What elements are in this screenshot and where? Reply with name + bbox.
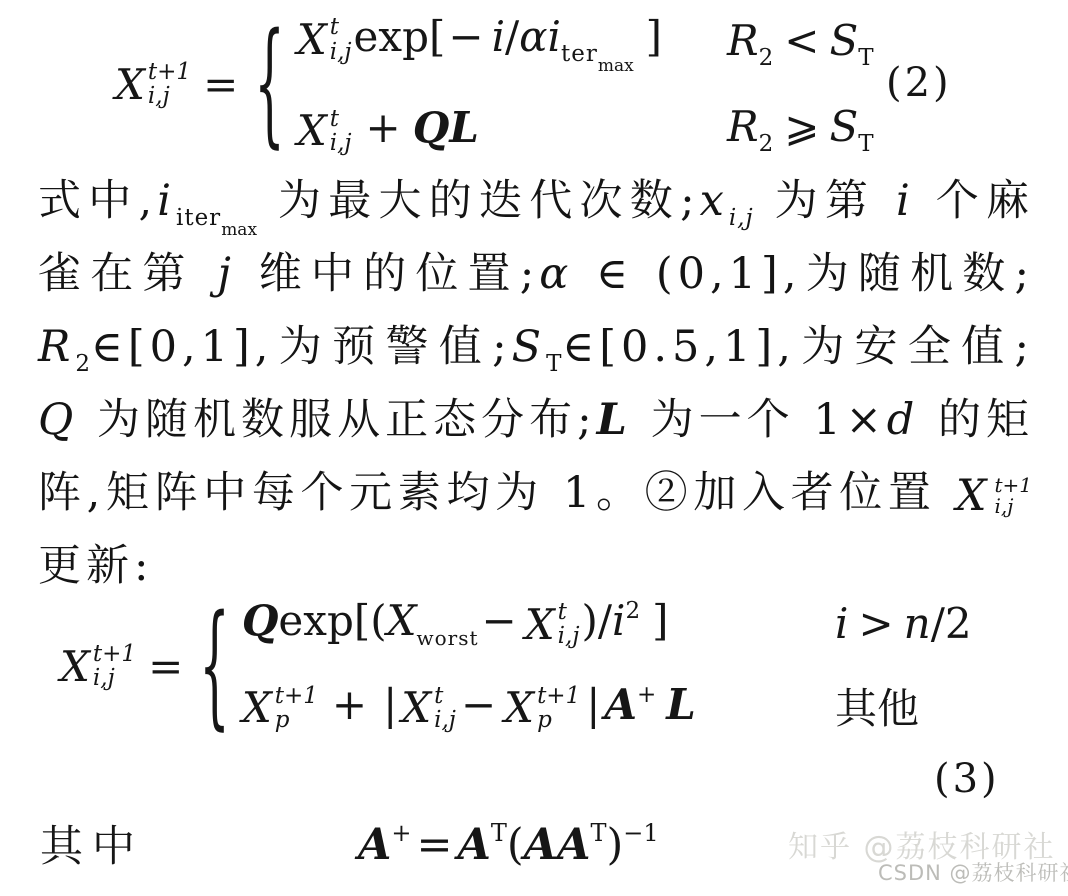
eq3-cases: Qexp[(Xworst−Xti,j)/i2] i>n/2 Xt+1p+|Xti… (242, 596, 995, 736)
eq2-r2-X-sup: t (330, 107, 352, 131)
csdn-watermark: CSDN @荔枝科研社 (878, 857, 1068, 887)
eq2-c1-R-sub: 2 (759, 45, 775, 71)
l2-text-3: ∈ (0,1],为随机数; (573, 249, 1034, 299)
eq2-case-2-condition: R2⩾ST (727, 102, 867, 157)
eq3-r2-Xp2-sub: p (537, 708, 580, 732)
eq2-r1-i2: i (548, 12, 561, 61)
l1-var-i: i (157, 176, 176, 226)
wf-inverse-sup: −1 (623, 819, 658, 847)
eq3-r2-minus: − (461, 680, 496, 729)
eq3-r1-bracket: ] (652, 596, 668, 645)
l4-var-d: d (887, 395, 920, 445)
eq2-r2-X: X (297, 106, 327, 155)
wf-A2-T-sup: T (491, 819, 507, 847)
l6-text-1: 更新: (38, 541, 154, 591)
eq3-c1-over-2: /2 (931, 599, 972, 648)
l5-var-X: X (956, 460, 992, 533)
eq2-c1-S-sub: T (858, 45, 874, 71)
eq3-r1-close-paren: )/ (581, 596, 612, 645)
eq2-r1-exp: exp[ (354, 12, 446, 61)
equation-2-number: (2) (886, 60, 952, 106)
eq2-r1-X-sup: t (330, 15, 352, 39)
eq3-c1-n: n (904, 599, 931, 648)
eq2-lhs-sup: t+1 (148, 60, 191, 84)
l2-text-1: 雀在第 (38, 249, 218, 299)
eq2-cases: Xti,jexp[−i/αitermax] R2<ST Xti,j+QL R2⩾… (297, 12, 867, 157)
eq2-case-1-expression: Xti,jexp[−i/αitermax] (297, 12, 662, 76)
eq3-case-1-expression: Qexp[(Xworst−Xti,j)/i2] (242, 596, 669, 650)
eq2-case-2: Xti,j+QL R2⩾ST (297, 102, 867, 157)
eq3-r1-exp: exp[( (278, 596, 386, 645)
eq3-lhs-var: X (60, 642, 90, 691)
eq3-r1-X: X (387, 596, 417, 645)
eq3-r1-minus: − (482, 596, 517, 645)
wf-A1: A (358, 820, 391, 870)
text-line-4: Q 为随机数服从正态分布;L 为一个 1×d 的矩 (38, 384, 1034, 457)
eq2-r2-X-sub: i,j (330, 131, 352, 155)
eq2-r2-L: L (449, 103, 479, 152)
eq3-r2-Xp2-sup: t+1 (537, 684, 580, 708)
l2-text-2: 维中的位置; (236, 249, 539, 299)
wf-A1-plus-sup: + (391, 819, 411, 847)
l3-S-subscript: T (546, 351, 562, 377)
equation-3: Xt+1i,j= { Qexp[(Xworst−Xti,j)/i2] i>n/2… (60, 592, 995, 740)
eq2-r1-max-subscript: max (598, 56, 634, 76)
eq3-lhs-sub: i,j (93, 666, 136, 690)
eq2-r1-alpha: α (519, 12, 547, 61)
eq3-r1-X2-sup: t (558, 600, 580, 624)
eq2-r2-Q: Q (413, 103, 450, 152)
eq3-r2-Xp-sub: p (275, 708, 318, 732)
eq2-c2-S: S (829, 102, 858, 151)
l5-text-1: 阵,矩阵中每个元素均为 1。②加入者位置 (38, 468, 956, 518)
eq3-r1-i-squared: 2 (625, 598, 640, 624)
eq3-r1-X2: X (525, 600, 555, 649)
text-line-5: 阵,矩阵中每个元素均为 1。②加入者位置 Xt+1i,j (38, 457, 1034, 530)
l1-iter-subscript: iter (176, 205, 221, 231)
l3-var-S: S (512, 322, 546, 372)
l2-var-j: j (218, 249, 236, 299)
eq3-r2-plus: + (332, 680, 367, 729)
l1-text-4: 个麻 (915, 176, 1034, 226)
wf-equals: = (416, 820, 452, 870)
eq2-r2-plus: + (366, 103, 401, 152)
eq2-r1-X-sub: i,j (330, 40, 352, 64)
eq2-lhs: Xt+1i,j= (115, 60, 250, 109)
eq2-r1-slash: / (505, 12, 519, 61)
eq3-case-2-expression: Xt+1p+|Xti,j−Xt+1p|A+L (242, 680, 696, 733)
wf-A4: A (557, 820, 590, 870)
eq3-lhs: Xt+1i,j= (60, 642, 195, 691)
eq2-c2-R: R (727, 102, 759, 151)
wf-A3: A (524, 820, 557, 870)
eq2-equals-sign: = (203, 60, 238, 109)
eq3-r2-abs-bar-left: | (383, 680, 397, 729)
eq3-case-1: Qexp[(Xworst−Xti,j)/i2] i>n/2 (242, 596, 995, 650)
l4-text-3: 的矩 (919, 395, 1034, 445)
eq3-case-2-condition: 其他 (835, 676, 995, 736)
eq3-r2-Xp-sup: t+1 (275, 684, 318, 708)
eq2-c1-relation: < (784, 16, 819, 65)
l1-text-3: 为第 (754, 176, 896, 226)
eq3-r1-worst-subscript: worst (417, 626, 479, 650)
l1-text-2: 为最大的迭代次数; (257, 176, 700, 226)
l3-var-R: R (38, 322, 75, 372)
eq3-r2-Xp: X (242, 683, 272, 732)
wf-A2: A (458, 820, 491, 870)
eq2-case-1-condition: R2<ST (727, 16, 867, 71)
wf-A4-T-sup: T (590, 819, 606, 847)
wf-close-paren: ) (606, 820, 623, 870)
eq3-c1-relation: > (858, 599, 893, 648)
eq2-case-2-expression: Xti,j+QL (297, 103, 479, 156)
wf-open-paren: ( (507, 820, 524, 870)
eq3-r2-A: A (604, 680, 637, 729)
eq3-r1-X2-sub: i,j (558, 624, 580, 648)
equation-3-number: (3) (934, 756, 1000, 802)
l1-text-1: 式中, (38, 176, 157, 226)
l3-text-2: ∈[0.5,1],为安全值; (562, 322, 1034, 372)
l4-text-1: 为随机数服从正态分布; (78, 395, 596, 445)
eq3-case-2: Xt+1p+|Xti,j−Xt+1p|A+L 其他 (242, 676, 995, 736)
l1-var-x: x (700, 176, 729, 226)
l5-X-sup: t+1 (994, 475, 1032, 496)
eq3-r2-L: L (666, 680, 696, 729)
l1-var-i2: i (896, 176, 915, 226)
eq2-c2-relation: ⩾ (784, 102, 819, 151)
eq3-r2-A-plus-sup: + (637, 682, 656, 708)
eq2-lhs-var: X (115, 60, 145, 109)
eq3-cases-brace: { (199, 588, 230, 745)
eq3-c1-i: i (835, 599, 848, 648)
l3-R-subscript: 2 (75, 351, 91, 377)
eq3-r2-Xp2: X (504, 683, 534, 732)
equation-2: Xt+1i,j= { Xti,jexp[−i/αitermax] R2<ST X… (115, 8, 867, 160)
l5-X-sub: i,j (994, 496, 1032, 517)
eq3-r2-X: X (401, 683, 431, 732)
pseudo-inverse-formula: A+=AT(AAT)−1 (358, 818, 659, 874)
l4-var-Q: Q (38, 395, 78, 445)
text-line-1: 式中,iitermax 为最大的迭代次数;xi,j 为第 i 个麻 (38, 165, 1034, 238)
eq3-r2-abs-bar-right: | (586, 680, 600, 729)
eq3-c2-otherwise: 其他 (835, 684, 919, 733)
eq2-c2-S-sub: T (858, 131, 874, 157)
text-line-2: 雀在第 j 维中的位置;α ∈ (0,1],为随机数; (38, 238, 1034, 311)
eq2-case-1: Xti,jexp[−i/αitermax] R2<ST (297, 12, 867, 76)
eq2-r1-ter-subscript: ter (561, 41, 598, 67)
l2-var-alpha: α (539, 249, 573, 299)
l1-max-subscript: max (221, 220, 257, 240)
eq2-r1-minus: − (448, 12, 483, 61)
eq2-c1-R: R (727, 16, 759, 65)
eq2-r1-X: X (297, 15, 327, 64)
eq2-c1-S: S (829, 16, 858, 65)
l4-text-2: 为一个 1× (632, 395, 887, 445)
l1-x-subscript: i,j (729, 205, 754, 231)
eq2-r1-i: i (492, 12, 505, 61)
eq3-r2-X-sub: i,j (434, 708, 456, 732)
eq2-c2-R-sub: 2 (759, 131, 775, 157)
eq2-lhs-sub: i,j (148, 84, 191, 108)
eq3-r1-i: i (612, 596, 625, 645)
eq2-cases-brace: { (254, 6, 285, 163)
eq3-equals-sign: = (148, 642, 183, 691)
text-line-3: R2∈[0,1],为预警值;ST∈[0.5,1],为安全值; (38, 311, 1034, 384)
eq3-case-1-condition: i>n/2 (835, 599, 995, 648)
body-text: 式中,iitermax 为最大的迭代次数;xi,j 为第 i 个麻 雀在第 j … (38, 165, 1034, 603)
page-root: Xt+1i,j= { Xti,jexp[−i/αitermax] R2<ST X… (0, 0, 1068, 896)
eq3-r1-Q: Q (242, 596, 279, 645)
eq3-lhs-sup: t+1 (93, 642, 136, 666)
l3-text-1: ∈[0,1],为预警值; (91, 322, 512, 372)
eq2-r1-bracket: ] (646, 12, 662, 61)
eq3-r2-X-sup: t (434, 684, 456, 708)
l4-var-L: L (597, 395, 632, 445)
where-label: 其中 (40, 822, 144, 874)
